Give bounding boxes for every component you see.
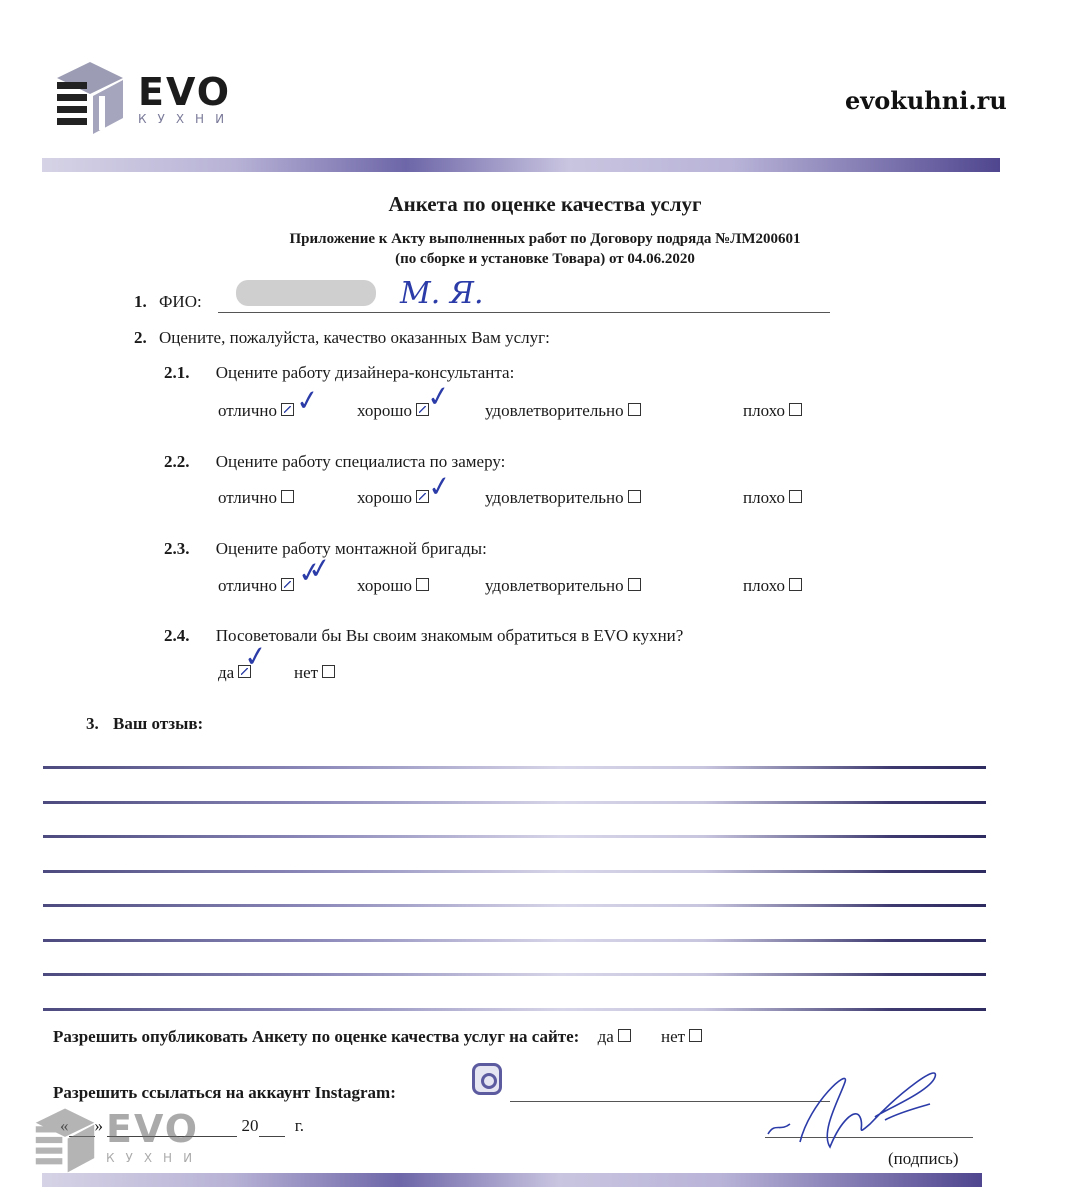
q2-4-label: Посоветовали бы Вы своим знакомым обрати…	[216, 626, 684, 645]
document-title: Анкета по оценке качества услуг	[0, 192, 1073, 217]
checkbox-checked[interactable]	[281, 578, 294, 591]
date-year-prefix: 20	[242, 1116, 259, 1135]
q2-4-option-yes[interactable]: да	[218, 663, 251, 683]
checkbox[interactable]	[322, 665, 335, 678]
handwritten-check-icon: ✓	[425, 379, 453, 415]
website-url[interactable]: evokuhni.ru	[845, 86, 1007, 115]
instagram-account-field[interactable]	[510, 1101, 830, 1102]
instagram-icon	[472, 1063, 502, 1095]
option-label: отлично	[218, 401, 277, 420]
handwritten-signature	[760, 1062, 960, 1152]
checkbox-checked[interactable]	[238, 665, 251, 678]
checkbox[interactable]	[628, 578, 641, 591]
q3-label: Ваш отзыв:	[113, 714, 203, 733]
logo-brand: EVO	[138, 70, 231, 114]
feedback-line[interactable]	[43, 904, 986, 907]
signature-caption: (подпись)	[888, 1149, 959, 1169]
date-year-field[interactable]	[259, 1116, 285, 1137]
q2-4-option-no[interactable]: нет	[294, 663, 335, 683]
q2-3-option-good[interactable]: хорошо	[357, 576, 429, 596]
handwritten-check-icon: ✓	[426, 469, 454, 505]
redacted-surname	[236, 280, 376, 306]
option-label: отлично	[218, 488, 277, 507]
publish-label: Разрешить опубликовать Анкету по оценке …	[53, 1027, 579, 1046]
q2-3-number: 2.3.	[164, 539, 190, 558]
option-label: удовлетворительно	[485, 401, 624, 420]
q3-heading: 3. Ваш отзыв:	[86, 714, 203, 734]
checkbox[interactable]	[281, 490, 294, 503]
checkbox[interactable]	[689, 1029, 702, 1042]
cube-watermark-icon	[34, 1105, 96, 1175]
q2-2-number: 2.2.	[164, 452, 190, 471]
checkbox-checked[interactable]	[416, 490, 429, 503]
fio-field-line[interactable]	[218, 312, 830, 313]
q2-1-option-excellent[interactable]: отлично	[218, 401, 294, 421]
option-label: удовлетворительно	[485, 576, 624, 595]
q2-3-label: Оцените работу монтажной бригады:	[216, 539, 487, 558]
checkbox-checked[interactable]	[281, 403, 294, 416]
watermark-brand: EVO	[106, 1107, 199, 1151]
watermark-sub: КУХНИ	[106, 1151, 203, 1165]
option-label: хорошо	[357, 576, 412, 595]
top-decorative-band	[42, 158, 1000, 172]
feedback-line[interactable]	[43, 870, 986, 873]
feedback-line[interactable]	[43, 939, 986, 942]
handwritten-check-icon: ✓	[294, 383, 322, 419]
publish-row: Разрешить опубликовать Анкету по оценке …	[53, 1027, 702, 1047]
checkbox[interactable]	[416, 578, 429, 591]
checkbox[interactable]	[789, 490, 802, 503]
option-label: хорошо	[357, 401, 412, 420]
option-label: да	[598, 1027, 614, 1046]
option-label: плохо	[743, 401, 785, 420]
q2-2-heading: 2.2. Оцените работу специалиста по замер…	[164, 452, 505, 472]
q2-3-heading: 2.3. Оцените работу монтажной бригады:	[164, 539, 487, 559]
option-label: да	[218, 663, 234, 682]
publish-option-yes[interactable]: да	[598, 1027, 631, 1046]
bottom-decorative-band	[42, 1173, 982, 1187]
checkbox[interactable]	[789, 578, 802, 591]
option-label: нет	[661, 1027, 685, 1046]
feedback-line[interactable]	[43, 1008, 986, 1011]
checkbox[interactable]	[628, 403, 641, 416]
q2-1-option-bad[interactable]: плохо	[743, 401, 802, 421]
q2-1-option-good[interactable]: хорошо	[357, 401, 429, 421]
document-subtitle-line1: Приложение к Акту выполненных работ по Д…	[0, 231, 1073, 248]
option-label: отлично	[218, 576, 277, 595]
option-label: плохо	[743, 488, 785, 507]
instagram-label: Разрешить ссылаться на аккаунт Instagram…	[53, 1083, 396, 1103]
q2-2-label: Оцените работу специалиста по замеру:	[216, 452, 506, 471]
q2-2-option-good[interactable]: хорошо	[357, 488, 429, 508]
date-year-suffix: г.	[295, 1116, 304, 1135]
q2-1-number: 2.1.	[164, 363, 190, 382]
q2-3-option-bad[interactable]: плохо	[743, 576, 802, 596]
checkbox-checked[interactable]	[416, 403, 429, 416]
q2-row: 2. Оцените, пожалуйста, качество оказанн…	[134, 328, 550, 348]
option-label: удовлетворительно	[485, 488, 624, 507]
option-label: плохо	[743, 576, 785, 595]
q2-2-option-satisfactory[interactable]: удовлетворительно	[485, 488, 641, 508]
feedback-line[interactable]	[43, 835, 986, 838]
feedback-line[interactable]	[43, 973, 986, 976]
q1-number: 1.	[134, 292, 147, 311]
checkbox[interactable]	[628, 490, 641, 503]
q3-number: 3.	[86, 714, 99, 733]
q1-row: 1. ФИО:	[134, 292, 202, 312]
q1-label: ФИО:	[159, 292, 202, 311]
fio-handwritten: М. Я.	[400, 276, 484, 311]
q2-1-heading: 2.1. Оцените работу дизайнера-консультан…	[164, 363, 514, 383]
feedback-line[interactable]	[43, 801, 986, 804]
option-label: нет	[294, 663, 318, 682]
handwritten-check-icon: ✓	[296, 555, 324, 591]
signature-field[interactable]	[765, 1137, 973, 1138]
checkbox[interactable]	[618, 1029, 631, 1042]
q2-4-number: 2.4.	[164, 626, 190, 645]
document-subtitle-line2: (по сборке и установке Товара) от 04.06.…	[0, 251, 1073, 268]
q2-1-label: Оцените работу дизайнера-консультанта:	[216, 363, 515, 382]
checkbox[interactable]	[789, 403, 802, 416]
q2-2-option-bad[interactable]: плохо	[743, 488, 802, 508]
cube-logo-icon	[55, 60, 125, 135]
q2-4-heading: 2.4. Посоветовали бы Вы своим знакомым о…	[164, 626, 683, 646]
logo-subtitle: КУХНИ	[138, 112, 235, 126]
q2-3-option-excellent[interactable]: отлично	[218, 576, 294, 596]
feedback-line[interactable]	[43, 766, 986, 769]
publish-option-no[interactable]: нет	[661, 1027, 702, 1046]
q2-1-option-satisfactory[interactable]: удовлетворительно	[485, 401, 641, 421]
q2-label: Оцените, пожалуйста, качество оказанных …	[159, 328, 550, 347]
option-label: хорошо	[357, 488, 412, 507]
q2-3-option-satisfactory[interactable]: удовлетворительно	[485, 576, 641, 596]
q2-number: 2.	[134, 328, 147, 347]
q2-2-option-excellent[interactable]: отлично	[218, 488, 294, 508]
